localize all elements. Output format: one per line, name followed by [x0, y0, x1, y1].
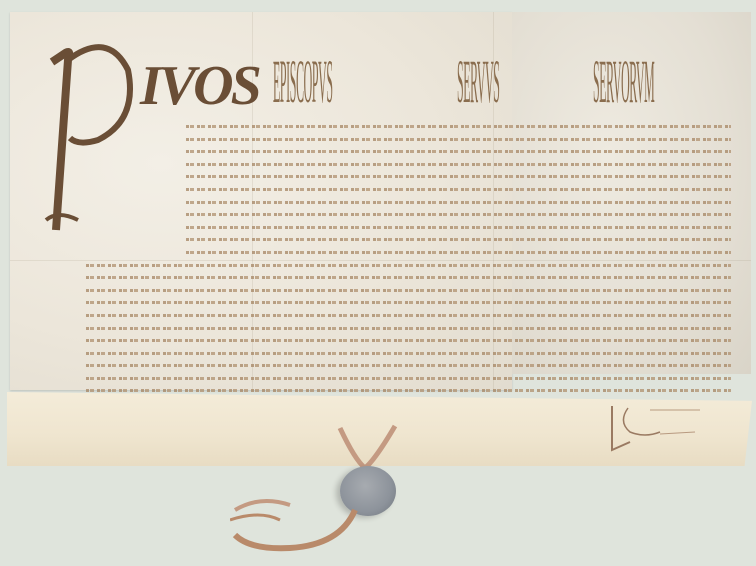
text-line [86, 339, 731, 349]
chancery-signature [600, 402, 710, 454]
text-line [86, 238, 731, 248]
text-line [86, 175, 731, 185]
seal-cord-tassel [230, 480, 370, 560]
heading-servus: SERVVS [457, 50, 500, 118]
text-line [86, 264, 731, 274]
text-line [86, 188, 731, 198]
text-line [86, 138, 731, 148]
text-line [86, 352, 731, 362]
text-line [86, 125, 731, 135]
text-line [86, 213, 731, 223]
heading-word-pivs: IVOS [140, 54, 259, 118]
text-line [86, 364, 731, 374]
heading-servorum: SERVORVM [593, 50, 654, 118]
text-line [86, 377, 731, 387]
text-line [86, 226, 731, 236]
heading-episcopus: EPISCOPVS [273, 50, 333, 118]
text-line [86, 150, 731, 160]
text-line [86, 327, 731, 337]
text-line [86, 251, 731, 261]
text-line [86, 201, 731, 211]
heading-line: IVOS EPISCOPVS SERVVS SERVORVM DEI AD PE… [140, 58, 756, 118]
text-line [86, 276, 731, 286]
text-line [86, 301, 731, 311]
text-line [86, 289, 731, 299]
text-line [86, 163, 731, 173]
text-line [86, 314, 731, 324]
seal-cord-loop [330, 420, 400, 472]
